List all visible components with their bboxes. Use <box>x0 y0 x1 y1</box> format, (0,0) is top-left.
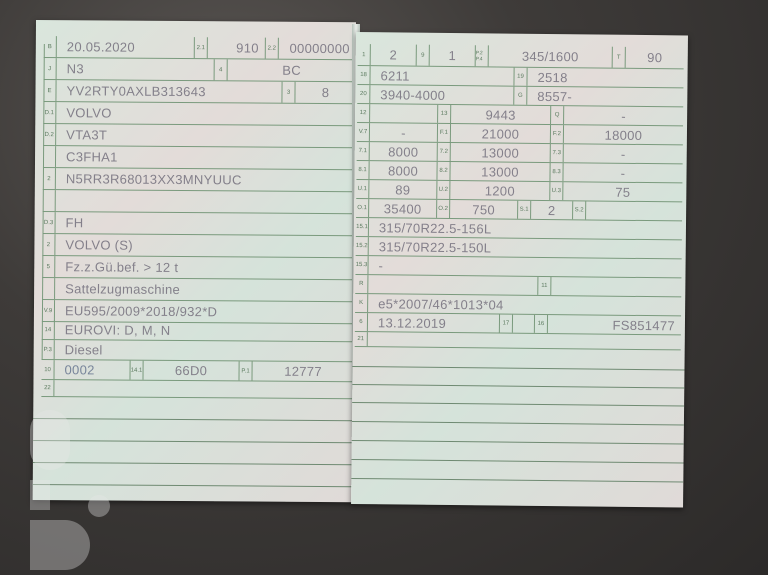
field-code: U.3 <box>550 182 563 200</box>
tyre-axle-1: 315/70R22.5-156L <box>369 220 682 238</box>
field-code: V.9 <box>42 300 55 321</box>
field-code: S.2 <box>573 201 586 219</box>
field-row-first-registration: B20.05.2020 2.1910 2.200000000 <box>44 36 356 60</box>
ruled-line <box>352 366 684 370</box>
field-row-remarks: 21 <box>355 332 681 350</box>
field-code: 19 <box>514 68 527 86</box>
max-technical-mass: 21000 <box>451 126 550 142</box>
field-code: 2 <box>43 168 56 189</box>
field-code: 11 <box>538 277 551 295</box>
field-code: Q <box>551 106 564 124</box>
field-code: 7.3 <box>551 144 564 162</box>
field-row-vehicle-class: JN3 4BC <box>44 58 356 82</box>
field-code: V.7 <box>357 123 370 141</box>
field-code: E <box>43 80 56 101</box>
field-code: 10 <box>41 360 54 379</box>
width: 2518 <box>527 69 683 86</box>
field-code: U.1 <box>356 180 369 198</box>
field-code: 2.1 <box>195 37 208 58</box>
body-type: BC <box>228 62 356 78</box>
commercial-name: FH <box>56 215 355 232</box>
field-code: S.1 <box>518 201 531 219</box>
ruled-line <box>33 462 353 465</box>
ruled-line <box>33 418 353 421</box>
permitted-axle-load-2: 13000 <box>450 163 549 179</box>
field-row-commercial-name: D.3FH <box>43 212 355 236</box>
remarks <box>368 339 681 342</box>
document-number: FS851477 <box>548 317 681 333</box>
field-code <box>42 278 55 299</box>
max-speed: 90 <box>626 50 684 66</box>
ruled-line <box>352 440 684 444</box>
field-code <box>43 190 56 211</box>
colour <box>368 284 537 286</box>
field-code: 7.1 <box>357 142 370 160</box>
field-code: 5 <box>42 256 55 277</box>
field-code: 13 <box>438 105 451 123</box>
ruled-line <box>33 440 353 443</box>
field-row-variant: C3FHA1 <box>43 146 355 170</box>
variant: C3FHA1 <box>56 149 355 166</box>
field-code: B <box>44 36 57 57</box>
field-row-vehicle-category: 5Fz.z.Gü.bef. > 12 t <box>42 256 354 280</box>
tank-volume <box>370 113 437 114</box>
axle-load-1: 8000 <box>370 144 437 160</box>
empty-mass: 8557- <box>527 88 683 105</box>
seats: 2 <box>531 202 572 217</box>
power-weight-ratio: - <box>564 108 683 124</box>
field-row-emission-class: 14EUROVI: D, M, N <box>42 320 354 342</box>
driven-axles: 1 <box>430 48 475 63</box>
field-row-fuel: P.3Diesel <box>42 340 354 362</box>
type-approval-number: e5*2007/46*1013*04 <box>368 296 681 314</box>
field-row-fuel-codes: 100002 14.166D0 P.112777 <box>41 360 353 382</box>
field-code: O.1 <box>356 199 369 217</box>
registration-right-page: 12 91 P.2 P.4345/1600 T90 186211 192518 … <box>351 32 688 507</box>
field-code: U.2 <box>437 181 450 199</box>
field-row-make: D.1VOLVO <box>43 102 355 126</box>
axle-load-2: 13000 <box>451 144 550 160</box>
ruled-line <box>352 384 684 388</box>
unbraked-trailer-load: 750 <box>450 201 517 217</box>
field-code: 8.3 <box>550 163 563 181</box>
field-code: K <box>355 294 368 312</box>
field-code: 18 <box>357 66 370 84</box>
field-code: 14.1 <box>130 361 143 380</box>
co2: - <box>370 125 437 141</box>
field-code: 9 <box>417 45 430 66</box>
ruled-line <box>352 421 684 425</box>
power-rpm: 345/1600 <box>489 48 612 64</box>
approval-date: 13.12.2019 <box>368 315 499 331</box>
field-code: 17 <box>500 315 513 333</box>
field-code: R <box>355 275 368 293</box>
field-row-vin: EYV2RTY0AXLB313643 38 <box>43 80 355 104</box>
permitted-axle-load-1: 8000 <box>369 163 436 179</box>
field-row-version: 2N5RR3R68013XX3MNYUUC <box>43 168 355 192</box>
field-code: 1 <box>358 44 371 65</box>
emission-class: EUROVI: D, M, N <box>55 322 354 339</box>
axle-load-3: - <box>564 146 683 162</box>
field-code: 16 <box>535 315 548 333</box>
field-code: 6 <box>355 313 368 331</box>
make: VOLVO <box>56 105 355 122</box>
fuel-type: Diesel <box>55 342 354 359</box>
field-code: P.2 P.4 <box>476 45 489 66</box>
version: N5RR3R68013XX3MNYUUC <box>56 171 355 188</box>
vehicle-class: N3 <box>57 61 214 77</box>
field-code <box>43 146 56 167</box>
ruled-line <box>33 484 353 487</box>
manufacturer: VOLVO (S) <box>55 237 354 254</box>
first-registration-date: 20.05.2020 <box>57 39 194 55</box>
field-code: 12 <box>357 104 370 122</box>
vin-check-digit: 8 <box>295 85 355 100</box>
payload: 9443 <box>451 107 550 123</box>
field-code: 2 <box>42 234 55 255</box>
field-code: 15.3 <box>355 256 368 274</box>
field-code: F.1 <box>438 124 451 142</box>
braked-trailer-load: 35400 <box>369 201 436 217</box>
field-code: O.2 <box>437 200 450 218</box>
max-permitted-mass: 18000 <box>564 127 683 143</box>
field-code: 7.2 <box>438 143 451 161</box>
field-code: T <box>613 47 626 68</box>
field-code: 3 <box>282 82 295 103</box>
body-code <box>551 286 681 287</box>
field-row-manufacturer: 2VOLVO (S) <box>42 234 354 258</box>
ruled-line <box>351 478 683 482</box>
ruled-line <box>352 402 684 406</box>
drive-by-noise: 75 <box>563 184 682 200</box>
tyre-axle-2: 315/70R22.5-150L <box>369 239 682 257</box>
standing-places <box>586 210 682 211</box>
body-description: Sattelzugmaschine <box>55 281 354 298</box>
height: 3940-4000 <box>370 87 513 103</box>
field-code: 8.1 <box>356 161 369 179</box>
length: 6211 <box>370 68 513 84</box>
blank-value <box>56 201 355 203</box>
field-code: 2.2 <box>266 38 279 59</box>
type: VTA3T <box>56 127 355 144</box>
field-row-remarks: 22 <box>41 380 353 399</box>
field-code: P.1 <box>239 361 252 380</box>
field-code: 20 <box>357 85 370 103</box>
field-code: 22 <box>41 380 54 396</box>
emission-key: 66D0 <box>144 363 239 379</box>
field-row-blank <box>43 190 355 214</box>
field-code: D.1 <box>43 102 56 123</box>
field-code: D.3 <box>43 212 56 233</box>
fuel-code: 0002 <box>55 362 130 378</box>
field-code: 8.2 <box>437 162 450 180</box>
field-code: J <box>44 58 57 79</box>
remarks <box>54 388 353 390</box>
field-code: 4 <box>215 59 228 80</box>
vehicle-category: Fz.z.Gü.bef. > 12 t <box>55 259 354 276</box>
field-code: G <box>514 87 527 105</box>
field-code: 14 <box>42 320 55 339</box>
manufacturer-code: 910 <box>208 40 265 55</box>
field-code: 21 <box>355 332 368 346</box>
registration-left-page: B20.05.2020 2.1910 2.200000000 JN3 4BC E… <box>33 20 356 502</box>
field-row-body-description: Sattelzugmaschine <box>42 278 354 302</box>
stationary-noise: 89 <box>369 182 436 198</box>
field-code: D.2 <box>43 124 56 145</box>
emission-regulation: EU595/2009*2018/932*D <box>55 303 354 320</box>
field-code: F.2 <box>551 125 564 143</box>
axle-count: 2 <box>371 47 416 62</box>
field-code: 15.2 <box>356 237 369 255</box>
field-code: 15.1 <box>356 218 369 236</box>
engine-speed: 1200 <box>450 182 549 198</box>
permitted-axle-load-3: - <box>563 165 682 181</box>
field-row-type: D.2VTA3T <box>43 124 355 148</box>
field-code: P.3 <box>42 340 55 359</box>
tyre-axle-3: - <box>368 258 681 276</box>
displacement: 12777 <box>253 364 354 380</box>
ruled-line <box>352 459 684 463</box>
type-code: 00000000 <box>279 41 356 57</box>
vin: YV2RTY0AXLB313643 <box>56 83 281 100</box>
